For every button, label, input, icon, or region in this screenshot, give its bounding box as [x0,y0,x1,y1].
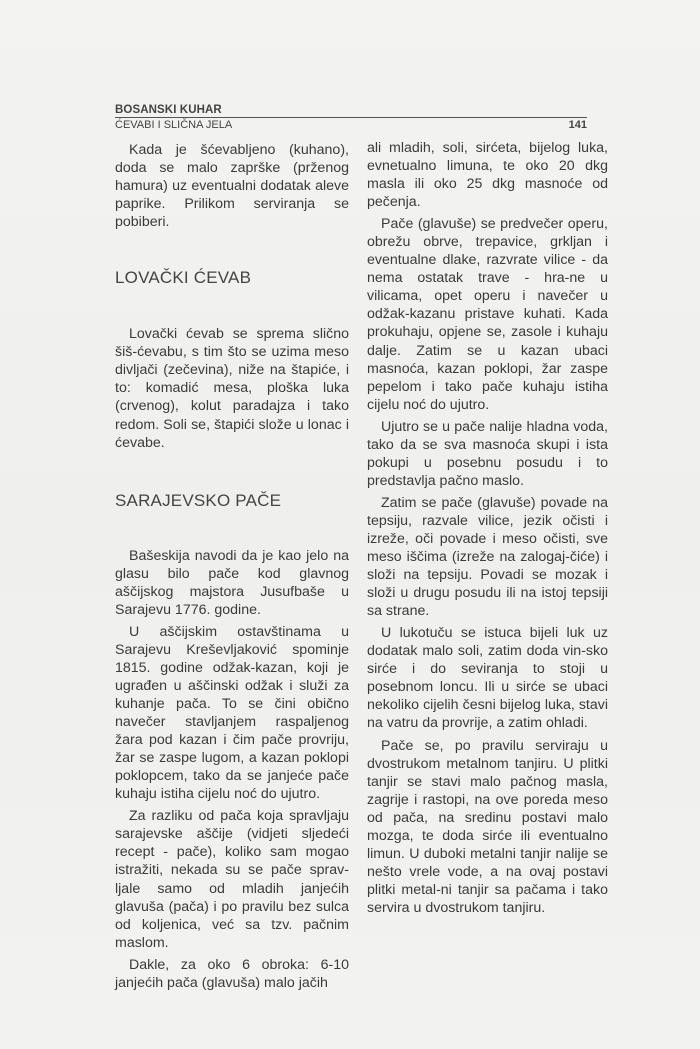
paragraph: ali mladih, soli, sirćeta, bijelog luka,… [367,139,608,211]
header-rule [115,117,587,118]
section-heading-sarajevsko-pace: SARAJEVSKO PAČE [115,492,349,510]
intro-paragraph: Kada je šćevabljeno (kuhano), doda se ma… [115,141,349,231]
paragraph: Zatim se pače (glavuše) povade na tepsij… [367,494,608,620]
paragraph: Dakle, za oko 6 obroka: 6-10 janjećih pa… [115,956,349,992]
paragraph: Bašeskija navodi da je kao jelo na glasu… [115,547,349,619]
chapter-title: ĆEVABI I SLIČNA JELA [115,119,232,131]
paragraph: Lovački ćevab se sprema slično šiš-ćevab… [115,325,349,451]
paragraph: Pače se, po pravilu serviraju u dvostruk… [367,737,608,917]
paragraph: Ujutro se u pače nalije hladna voda, tak… [367,418,608,490]
right-column: ali mladih, soli, sirćeta, bijelog luka,… [367,139,608,917]
paragraph: Za razliku od pača koja spravljaju saraj… [115,807,349,951]
page-number: 141 [569,119,587,131]
book-page: BOSANSKI KUHAR ĆEVABI I SLIČNA JELA 141 … [0,0,700,1049]
left-column: Kada je šćevabljeno (kuhano), doda se ma… [115,141,349,992]
paragraph: U lukotuču se istuca bijeli luk uz dodat… [367,624,608,732]
section-heading-lovacki-cevab: LOVAČKI ĆEVAB [115,269,349,287]
book-title: BOSANSKI KUHAR [115,104,222,116]
paragraph: Pače (glavuše) se predvečer operu, obrež… [367,215,608,414]
paragraph: U aščijskim ostavštinama u Sarajevu Kreš… [115,623,349,803]
